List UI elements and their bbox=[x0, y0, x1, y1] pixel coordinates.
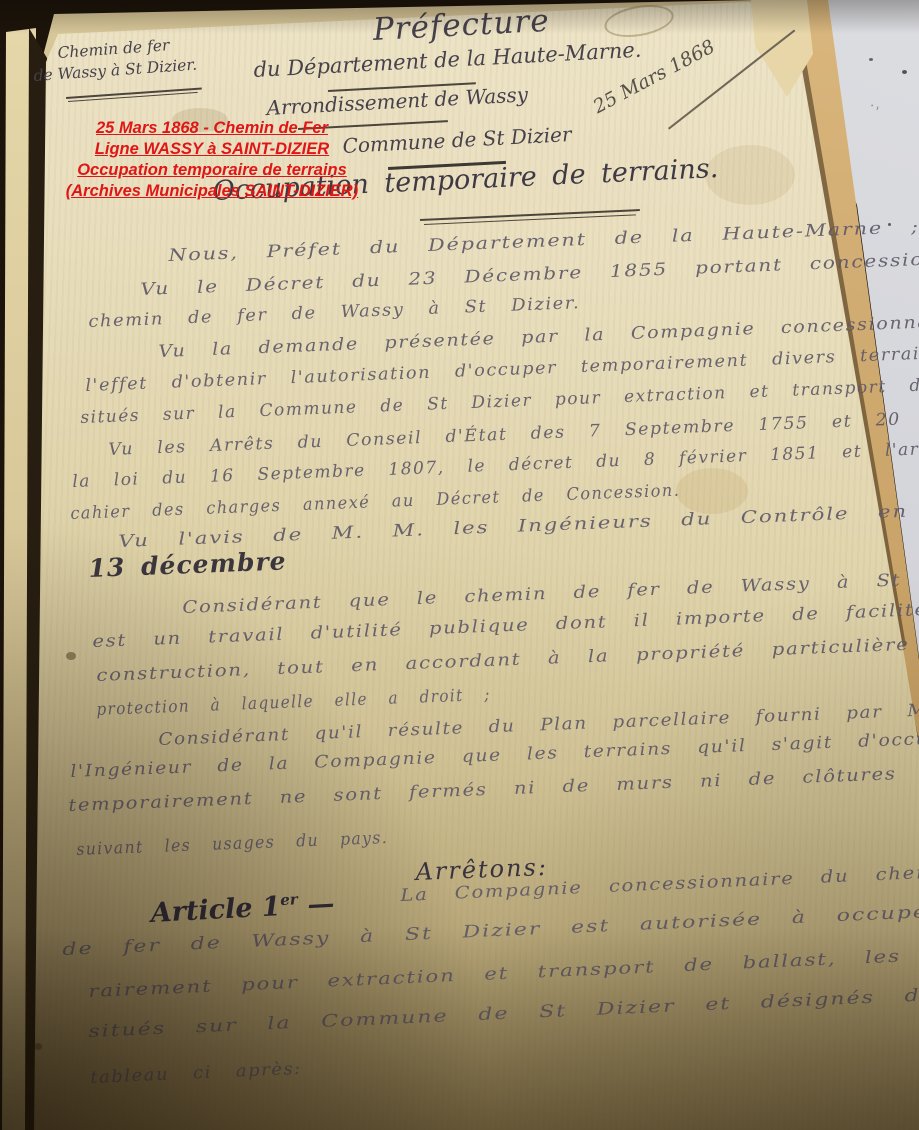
article-dash: — bbox=[307, 888, 336, 920]
annotation-line: Occupation temporaire de terrains bbox=[64, 160, 360, 181]
article-ordinal: er bbox=[280, 890, 298, 909]
dust-speck bbox=[869, 58, 873, 61]
dust-speck bbox=[902, 70, 907, 74]
photo-frame: Chemin de fer de Wassy à St Dizier. Préf… bbox=[0, 0, 919, 1130]
red-annotation: 25 Mars 1868 - Chemin de Fer Ligne WASSY… bbox=[64, 118, 360, 202]
paper-stain bbox=[676, 468, 748, 514]
annotation-line: Ligne WASSY à SAINT-DIZIER bbox=[64, 139, 360, 160]
annotation-line: 25 Mars 1868 - Chemin de Fer bbox=[64, 118, 360, 139]
annotation-line: (Archives Municipales SAINT-DIZIER) bbox=[64, 181, 360, 202]
ink-stain bbox=[34, 1043, 42, 1050]
ink-stain bbox=[66, 652, 76, 660]
